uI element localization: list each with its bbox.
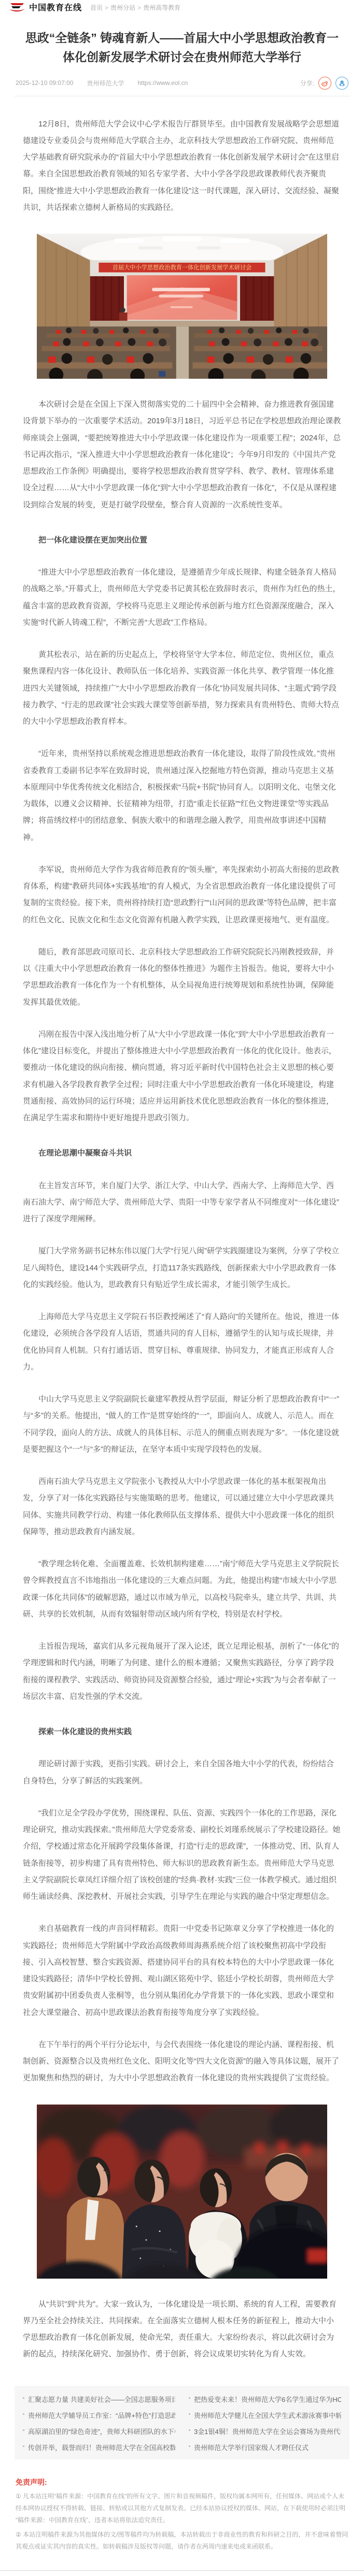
breadcrumb-higher-ed[interactable]: 贵州高等教育 xyxy=(143,4,180,11)
paragraph: 在下午举行的两个平行分论坛中，与会代表围绕一体化建设的理论内涵、课程衔接、机制创… xyxy=(23,2037,341,2087)
article-source: 贵州师范大学 xyxy=(87,79,124,88)
related-link[interactable]: 高原湖泊里的“绿色奇迹”，贵师大科研团队的水下植草记 xyxy=(23,2426,175,2436)
related-link[interactable]: 贵州师范大学健儿在全国大学生武术游泳赛事中斩获佳绩 xyxy=(189,2410,341,2420)
conference-hall-photo: 首届大中小学思想政治教育一体化创新发展学术研讨会 xyxy=(37,234,327,379)
footer-divider xyxy=(0,2570,364,2576)
paragraph: 从“共识”到“共为”。大家一致认为，一体化建设是一项长期、系统的育人工程，需要教… xyxy=(23,2296,341,2363)
share-bar: 分享: xyxy=(300,77,348,90)
article-body: 12月8日，贵州师范大学会议中心学术报告厅群贤毕至。由中国教育发展战略学会思想道… xyxy=(0,96,364,2363)
eol-logo-icon xyxy=(8,2,26,13)
related-links-list: 汇聚志愿力量 共建美好社会——全国志愿服务项目孵化基地... 把热爱变未来！贵州… xyxy=(23,2394,341,2452)
paragraph: 李军说，贵州师范大学作为我省师范教育的“领头雁”，率先探索幼小初高大衔接的思政教… xyxy=(23,862,341,928)
related-link[interactable]: 汇聚志愿力量 共建美好社会——全国志愿服务项目孵化基地... xyxy=(23,2394,175,2404)
breadcrumb-separator: > xyxy=(137,4,141,11)
paragraph: “我们立足全学段办学优势，围绕课程、队伍、资源、实践四个一体化的工作思路，深化理… xyxy=(23,1805,341,1906)
paragraph: 西南石油大学马克思主义学院张小飞教授从大中小学思政课一体化的基本框架视角出发，分… xyxy=(23,1473,341,1540)
qq-share-button[interactable] xyxy=(335,77,348,90)
paragraph: “推进大中小学思想政治教育一体化建设，是遵循青少年成长规律、构建全链条育人格局的… xyxy=(23,564,341,631)
paragraph: 12月8日，贵州师范大学会议中心学术报告厅群贤毕至。由中国教育发展战略学会思想道… xyxy=(23,116,341,217)
paragraph: 在主旨发言环节，来自厦门大学、浙江大学、中山大学、西南大学、上海师范大学、西南石… xyxy=(23,1178,341,1228)
paragraph: 中山大学马克思主义学院副院长童建军教授从哲学层面，辩证分析了思想政治教育中“一”… xyxy=(23,1391,341,1458)
disclaimer-item-1: ① 凡本站注明“稿件来源：中国教育在线”的所有文字、图片和音视频稿件，版权均属本… xyxy=(16,2491,348,2527)
weibo-share-button[interactable] xyxy=(318,77,331,90)
disclaimer-item-2: ② 本站注明稿件来源为其他媒体的文/图等稿件均为转载稿，本站转载出于非商业性的教… xyxy=(16,2529,348,2553)
breadcrumb: 首页>贵州分站>贵州高等教育 xyxy=(90,3,180,13)
paragraph: 随后，教育部思政司原司长、北京科技大学思想政治工作研究院院长冯刚教授致辞，并以《… xyxy=(23,944,341,1011)
banner-text: 首届大中小学思想政治教育一体化创新发展学术研讨会 xyxy=(113,264,252,271)
paragraph: 黄其松表示，站在新的历史起点上，学校将坚守大学本位、师范定位、贵州区位，重点聚焦… xyxy=(23,647,341,730)
paragraph: 冯刚在报告中深入浅出地分析了从“大中小学思政课一体化”到“大中小学思想政治教育一… xyxy=(23,1026,341,1127)
related-link[interactable]: 3金1银4铜！贵州师范大学在全运会赛场为贵州代表团贡献... xyxy=(189,2426,341,2436)
section-heading-2: 在理论思潮中凝聚奋斗共识 xyxy=(23,1145,341,1162)
section-heading-1: 把一体化建设摆在更加突出位置 xyxy=(23,532,341,549)
paragraph: 主旨报告现场，嘉宾们从多元视角展开了深入论述，既立足理论根基，剖析了“一体化”的… xyxy=(23,1638,341,1705)
disclaimer-title: 免责声明: xyxy=(16,2477,348,2487)
site-name: 中国教育在线 xyxy=(29,1,82,13)
paragraph: 上海师范大学马克思主义学院石书臣教授阐述了“育人路向”的关键所在。他说，推进一体… xyxy=(23,1309,341,1376)
publish-date: 2025-12-10 09:07:00 xyxy=(16,79,73,87)
page-title: 思政“全链条” 铸魂育新人——首届大中小学思想政治教育一体化创新发展学术研讨会在… xyxy=(21,28,343,67)
related-link[interactable]: 把热爱变未来！贵州师范大学6名学生通过华为HCIP高级工... xyxy=(189,2394,341,2404)
disclaimer: 免责声明: ① 凡本站注明“稿件来源：中国教育在线”的所有文字、图片和音视频稿件… xyxy=(0,2459,364,2553)
source-url[interactable]: https://www.eol.cn xyxy=(137,79,188,87)
breadcrumb-separator: > xyxy=(105,4,108,11)
paragraph: 本次研讨会是在全国上下深入贯彻落实党的二十届四中全会精神、奋力推进教育强国建设背… xyxy=(23,396,341,513)
audience-photo xyxy=(37,2105,327,2279)
related-link[interactable]: 传创并举，载誉而归！贵州师范大学在全国高校数字艺术设... xyxy=(23,2442,175,2452)
weibo-icon xyxy=(321,79,329,87)
paragraph: 厦门大学常务副书记林东伟以厦门大学“行见八闽”研学实践圈建设为案例，分享了学校立… xyxy=(23,1243,341,1293)
qq-icon xyxy=(338,79,346,87)
conference-hall-illustration: 首届大中小学思想政治教育一体化创新发展学术研讨会 xyxy=(37,234,327,379)
audience-illustration xyxy=(37,2105,327,2279)
article-page: 中国教育在线 首页>贵州分站>贵州高等教育 思政“全链条” 铸魂育新人——首届大… xyxy=(0,0,364,2576)
paragraph: 来自基础教育一线的声音同样精彩。贵阳一中党委书记陈章义分享了学校推进一体化的实践… xyxy=(23,1921,341,2021)
breadcrumb-home[interactable]: 首页 xyxy=(90,4,103,11)
related-link[interactable]: 贵州师范大学辅导员工作室：“品牌+特色”打造思政育人... xyxy=(23,2410,175,2420)
eol-logo[interactable]: 中国教育在线 xyxy=(8,1,82,13)
related-link[interactable]: 贵州师范大学举行国家级人才聘任仪式 xyxy=(189,2442,341,2452)
share-label: 分享: xyxy=(300,79,314,88)
related-links: 汇聚志愿力量 共建美好社会——全国志愿服务项目孵化基地... 把热爱变未来！贵州… xyxy=(15,2386,349,2459)
paragraph: “近年来，贵州坚持以系统观念推进思想政治教育一体化建设，取得了阶段性成效。”贵州… xyxy=(23,746,341,846)
article-meta: 2025-12-10 09:07:00 贵州师范大学 https://www.e… xyxy=(0,77,364,90)
section-heading-3: 探索一体化建设的贵州实践 xyxy=(23,1724,341,1740)
paragraph: “教学理念转化难、全面覆盖难、长效机制构建难……”南宁师范大学马克思主义学院院长… xyxy=(23,1556,341,1623)
paragraph: 理论研讨源于实践，更指引实践。研讨会上，来自全国各地大中小学的代表，纷纷结合自身… xyxy=(23,1756,341,1790)
breadcrumb-guizhou[interactable]: 贵州分站 xyxy=(110,4,135,11)
site-header: 中国教育在线 首页>贵州分站>贵州高等教育 xyxy=(0,0,364,15)
